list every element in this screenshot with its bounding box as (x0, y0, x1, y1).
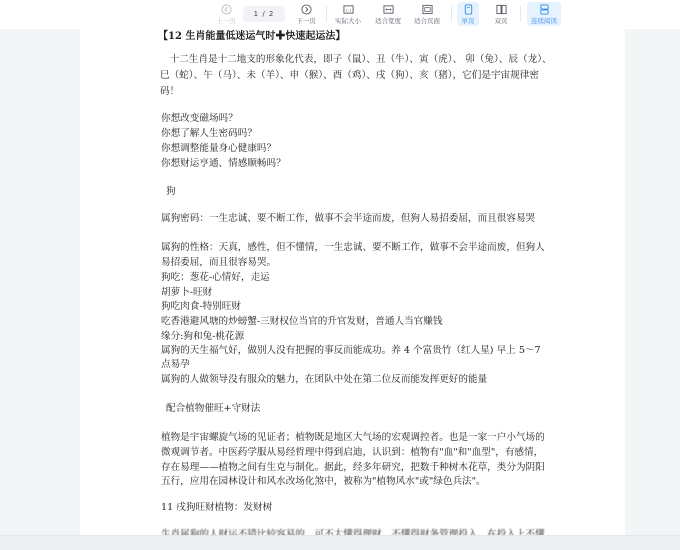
dog-trait-line: 点易孕 (161, 357, 190, 372)
dog-trait-line: 狗吃：葱花-心情好，走运 (161, 270, 270, 285)
fit-width-label: 适合宽度 (375, 16, 401, 25)
prev-page-button[interactable]: 上一页 (212, 2, 240, 26)
dog-trait-line: 吃香港避风塘的炒螃蟹-三财权位当官的升官发财，普通人当官赚钱 (161, 314, 442, 329)
plants-paragraph-line: 植物是宇宙螺旋气场的见证者；植物既是地区大气场的宏观调控者。也是一家一户小气场的 (161, 430, 545, 445)
plants-paragraph-line: 存在易理——植物之间有生克与制化。据此，经多年研究，把数千种树木花草，类分为阴阳 (161, 460, 545, 475)
toolbar-divider (451, 6, 452, 22)
actual-size-button[interactable]: 1:1 实际大小 (331, 2, 365, 26)
page-indicator-text: 1 / 2 (254, 10, 275, 18)
fit-page-button[interactable]: 适合页面 (410, 2, 444, 26)
actual-size-label: 实际大小 (335, 16, 361, 25)
prev-page-label: 上一页 (216, 16, 236, 25)
section-heading-dog: 狗 (166, 184, 176, 199)
next-page-button[interactable]: 下一页 (292, 2, 320, 26)
fit-page-icon (422, 4, 433, 15)
plants-paragraph-line: 五行，应用在园林设计和风水改场化煞中，被称为"植物风水"或"绿色兵法"。 (161, 474, 486, 489)
plants-paragraph-line: 微观调节者。中医药学服从易经哲理中得到启迪，认识到：植物有"血"和"血型"，有感… (161, 445, 543, 460)
question-line: 你想了解人生密码吗？ (161, 126, 257, 141)
fit-page-label: 适合页面 (414, 16, 440, 25)
double-page-icon (496, 4, 507, 15)
toolbar-divider (326, 6, 327, 22)
intro-line: 十二生肖是十二地支的形象化代表，即子（鼠）、丑（牛）、寅（虎）、 卯（兔）、辰（… (160, 52, 552, 67)
dog-trait-line: 易招委屈，而且很容易哭。 (161, 255, 276, 270)
continuous-read-icon (539, 4, 550, 15)
page-number-input[interactable]: 1 / 2 (243, 6, 285, 22)
dog-trait-line: 属狗的天生福气好，做别人没有把握的事反而能成功。养 4 个富贵竹（红人星) 早上… (161, 343, 541, 358)
dog-code-line: 属狗密码：一生忠诚、要不断工作，做事不会半途而废，但狗人易招委屈，而且很容易哭 (161, 211, 535, 226)
question-line: 你想改变磁场吗？ (161, 111, 238, 126)
svg-text:1:1: 1:1 (345, 8, 351, 12)
question-line: 你想调整能量身心健康吗？ (161, 141, 276, 156)
dog-trait-line: 属狗的性格：天真，感性，但不懂情，一生忠诚、要不断工作，做事不会半途而废，但狗人 (161, 240, 545, 255)
section-heading-plants: 配合植物催旺+守财法 (166, 401, 260, 416)
intro-line: 巳（蛇）、午（马）、未（羊）、申（猴）、酉（鸡）、戌（狗）、亥（猪），它们是宇宙… (160, 68, 539, 83)
single-page-label: 单页 (462, 16, 475, 25)
double-page-label: 双页 (495, 16, 508, 25)
toolbar-divider (520, 6, 521, 22)
fit-width-icon (383, 4, 394, 15)
actual-size-icon: 1:1 (343, 4, 354, 15)
dog-trait-line: 狗吃肉食-特别旺财 (161, 299, 241, 314)
dog-trait-line: 缘分:狗和兔-桃花源 (161, 329, 244, 344)
dog-trait-line: 属狗的人做领导没有服众的魅力，在团队中处在第二位反而能发挥更好的能量 (161, 372, 487, 387)
single-page-button[interactable]: 单页 (457, 2, 479, 26)
continuous-read-label: 连续阅读 (531, 16, 557, 25)
next-page-label: 下一页 (296, 16, 316, 25)
document-title: 【12 生肖能量低迷运气时✚快速起运法】 (158, 29, 345, 44)
continuous-read-button[interactable]: 连续阅读 (527, 2, 561, 26)
question-line: 你想财运亨通、情感顺畅吗？ (161, 156, 286, 171)
viewer-toolbar: 上一页 1 / 2 下一页 1:1 实际大小 适合宽度 适合页面 单页 双页 连… (0, 0, 680, 29)
chevron-left-circle-icon (221, 4, 232, 15)
chevron-right-circle-icon (301, 4, 312, 15)
dog-trait-line: 胡萝卜-旺财 (161, 285, 212, 300)
double-page-button[interactable]: 双页 (490, 2, 512, 26)
intro-line: 码！ (160, 84, 179, 99)
fit-width-button[interactable]: 适合宽度 (371, 2, 405, 26)
bottom-bar (0, 535, 680, 550)
single-page-icon (463, 4, 474, 15)
section-heading-11: 11 戌狗旺财植物：发财树 (161, 500, 272, 515)
